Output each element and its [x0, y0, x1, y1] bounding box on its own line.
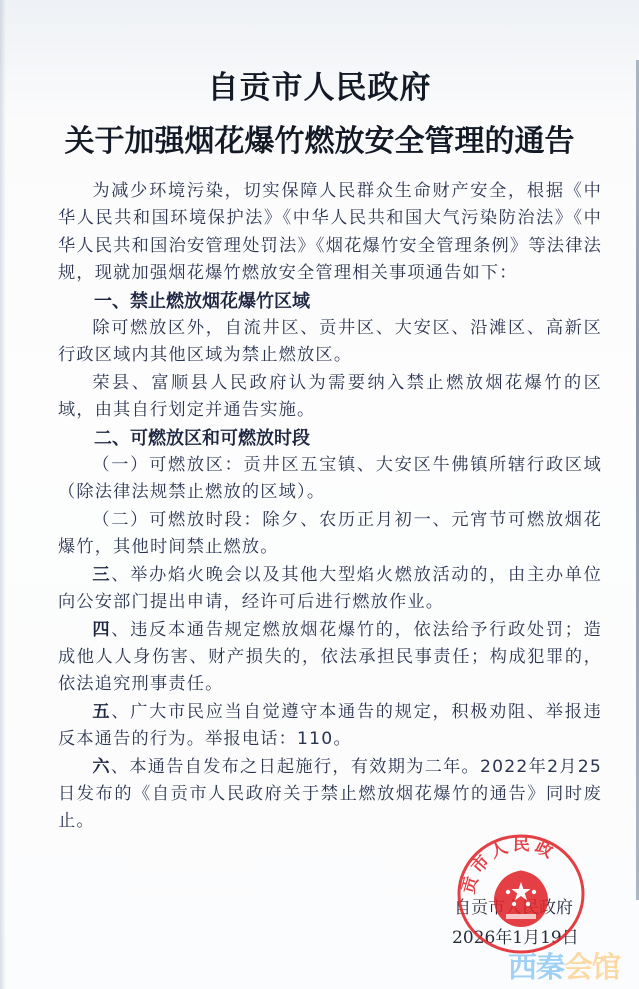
watermark-part-1: 西秦 — [508, 950, 564, 984]
item-3-number: 三 — [92, 565, 111, 585]
document-page: 自贡市人民政府 关于加强烟花爆竹燃放安全管理的通告 为减少环境污染，切实保障人民… — [0, 0, 639, 989]
intro-paragraph: 为减少环境污染，切实保障人民群众生命财产安全，根据《中华人民共和国环境保护法》《… — [58, 178, 602, 288]
item-6: 六、本通告自发布之日起施行，有效期为二年。2022年2月25日发布的《自贡市人民… — [58, 754, 602, 836]
document-title-issuer: 自贡市人民政府 — [0, 62, 639, 107]
section-2-paragraph-2: （二）可燃放时段：除夕、农历正月初一、元宵节可燃放烟花爆竹，其他时间禁止燃放。 — [58, 507, 602, 562]
item-5: 五、广大市民应当自觉遵守本通告的规定，积极劝阻、举报违反本通告的行为。举报电话：… — [58, 699, 602, 754]
item-5-text: 、广大市民应当自觉遵守本通告的规定，积极劝阻、举报违反本通告的行为。举报电话：1… — [58, 702, 602, 749]
section-heading-1: 一、禁止燃放烟花爆竹区域 — [58, 288, 602, 315]
section-heading-2: 二、可燃放区和可燃放时段 — [58, 425, 602, 452]
watermark-logo: 西秦会馆 — [508, 950, 620, 984]
document-body: 为减少环境污染，切实保障人民群众生命财产安全，根据《中华人民共和国环境保护法》《… — [58, 178, 602, 836]
signature-date: 2026年1月19日 — [440, 923, 620, 953]
item-4-number: 四 — [92, 620, 111, 640]
section-2-paragraph-1: （一）可燃放区：贡井区五宝镇、大安区牛佛镇所辖行政区域（除法律法规禁止燃放的区域… — [58, 452, 602, 507]
watermark-part-2: 会馆 — [564, 950, 620, 984]
document-title-subject: 关于加强烟花爆竹燃放安全管理的通告 — [0, 116, 639, 160]
item-3: 三、举办焰火晚会以及其他大型焰火燃放活动的，由主办单位向公安部门提出申请，经许可… — [58, 562, 602, 617]
signature-org: 自贡市人民政府 — [440, 893, 620, 923]
item-3-text: 、举办焰火晚会以及其他大型焰火燃放活动的，由主办单位向公安部门提出申请，经许可后… — [58, 565, 602, 612]
item-4-text: 、违反本通告规定燃放烟花爆竹的，依法给予行政处罚；造成他人人身伤害、财产损失的，… — [58, 620, 602, 695]
section-1-paragraph-2: 荣县、富顺县人民政府认为需要纳入禁止燃放烟花爆竹的区域，由其自行划定并通告实施。 — [58, 370, 602, 425]
item-6-number: 六 — [92, 757, 110, 777]
item-6-text: 、本通告自发布之日起施行，有效期为二年。2022年2月25日发布的《自贡市人民政… — [58, 757, 602, 832]
item-5-number: 五 — [92, 702, 111, 722]
section-1-paragraph-1: 除可燃放区外，自流井区、贡井区、大安区、沿滩区、高新区行政区域内其他区域为禁止燃… — [58, 315, 602, 370]
item-4: 四、违反本通告规定燃放烟花爆竹的，依法给予行政处罚；造成他人人身伤害、财产损失的… — [58, 617, 602, 699]
signature-block: 自贡市人民政府 2026年1月19日 — [440, 893, 620, 953]
svg-text:贡市人民政: 贡市人民政 — [459, 835, 560, 896]
